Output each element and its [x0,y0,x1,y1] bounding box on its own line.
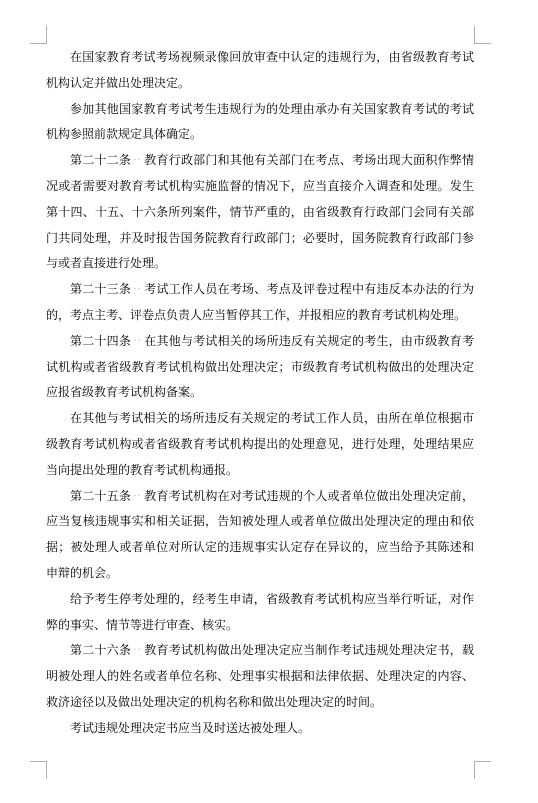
paragraph-text: 考试违规处理决定书应当及时送达被处理人。 [70,721,310,735]
text-boundary-mark-top-right [474,26,491,44]
space-format-marks: ·· [131,277,144,303]
article-paragraph: 第二十三条··考试工作人员在考场、考点及评卷过程中有违反本办法的行为的，考点主考… [46,277,474,329]
article-number: 第二十三条 [70,282,131,296]
body-paragraph: 考试违规处理决定书应当及时送达被处理人。 [46,716,474,742]
paragraph-text: 在其他与考试相关的场所违反有关规定的考试工作人员，由所在单位根据市级教育考试机构… [46,411,474,477]
body-paragraph: 给予考生停考处理的，经考生申请，省级教育考试机构应当举行听证，对作弊的事实、情节… [46,587,474,639]
paragraph-text: 给予考生停考处理的，经考生申请，省级教育考试机构应当举行听证，对作弊的事实、情节… [46,592,474,632]
space-format-marks: ·· [131,638,144,664]
text-boundary-mark-top-left [30,26,47,44]
space-format-marks: ·· [131,148,144,174]
paragraph-text: 在国家教育考试考场视频录像回放审查中认定的违规行为，由省级教育考试机构认定并做出… [46,50,474,90]
text-boundary-mark-bottom-right [474,761,491,779]
article-number: 第二十五条 [70,489,131,503]
space-format-marks: ·· [131,329,144,355]
space-format-marks: ·· [131,484,144,510]
article-number: 第二十四条 [70,334,131,348]
article-number: 第二十二条 [70,153,131,167]
document-text-area: 在国家教育考试考场视频录像回放审查中认定的违规行为，由省级教育考试机构认定并做出… [46,45,474,742]
body-paragraph: 在国家教育考试考场视频录像回放审查中认定的违规行为，由省级教育考试机构认定并做出… [46,45,474,97]
paragraph-text: 教育行政部门和其他有关部门在考点、考场出现大面积作弊情况或者需要对教育考试机构实… [46,153,474,270]
article-number: 第二十六条 [70,643,131,657]
body-paragraph: 参加其他国家教育考试考生违规行为的处理由承办有关国家教育考试的考试机构参照前款规… [46,97,474,149]
article-paragraph: 第二十二条··教育行政部门和其他有关部门在考点、考场出现大面积作弊情况或者需要对… [46,148,474,277]
article-paragraph: 第二十五条··教育考试机构在对考试违规的个人或者单位做出处理决定前，应当复核违规… [46,484,474,587]
article-paragraph: 第二十四条··在其他与考试相关的场所违反有关规定的考生，由市级教育考试机构或者省… [46,329,474,406]
article-paragraph: 第二十六条··教育考试机构做出处理决定应当制作考试违规处理决定书，载明被处理人的… [46,638,474,715]
body-paragraph: 在其他与考试相关的场所违反有关规定的考试工作人员，由所在单位根据市级教育考试机构… [46,406,474,483]
text-boundary-mark-bottom-left [30,761,47,779]
document-page: 在国家教育考试考场视频录像回放审查中认定的违规行为，由省级教育考试机构认定并做出… [0,0,538,803]
paragraph-text: 参加其他国家教育考试考生违规行为的处理由承办有关国家教育考试的考试机构参照前款规… [46,102,474,142]
